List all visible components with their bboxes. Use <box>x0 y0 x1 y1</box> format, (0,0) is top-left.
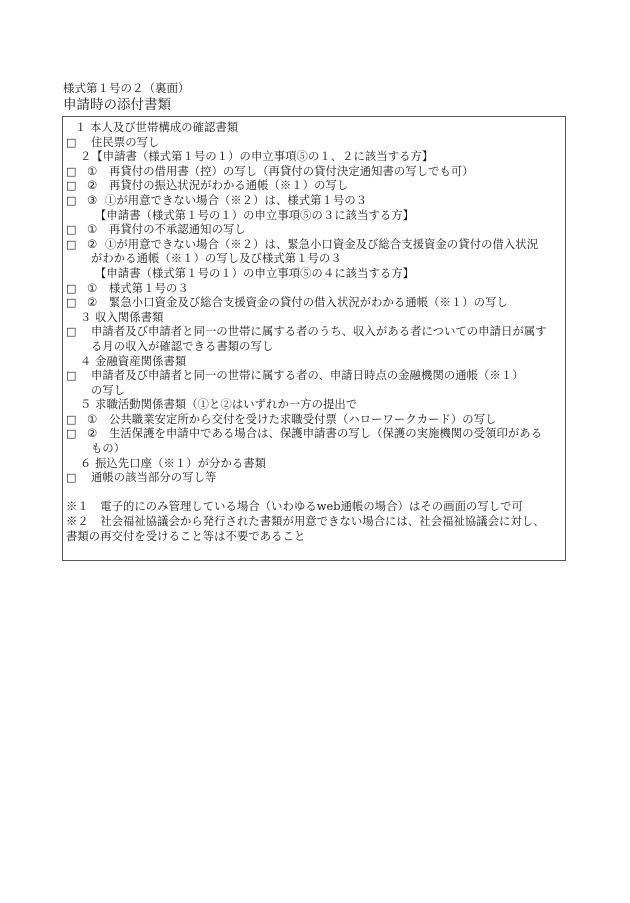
checklist-item: □①再貸付の不承認通知の写し <box>63 223 565 238</box>
checkbox-icon[interactable]: □ <box>66 165 77 180</box>
checkbox-icon[interactable]: □ <box>66 413 77 428</box>
item-number: ③ <box>87 194 97 209</box>
line-text: の写し <box>91 384 125 399</box>
item-number: ② <box>87 238 97 253</box>
checklist-item: □①再貸付の借用書（控）の写し（再貸付の貸付決定通知書の写しでも可） <box>63 165 565 180</box>
line-text: ４ 金融資産関係書類 <box>80 355 186 370</box>
checklist-item: □③①が用意できない場合（※２）は、様式第１号の３ <box>63 194 565 209</box>
item-number: ① <box>87 413 97 428</box>
checkbox-icon[interactable]: □ <box>66 369 77 384</box>
item-number: ② <box>87 427 97 442</box>
checkbox-icon[interactable]: □ <box>66 223 77 238</box>
line-text: 住民票の写し <box>91 136 159 151</box>
checkbox-icon[interactable]: □ <box>66 179 77 194</box>
checklist-item: □②再貸付の振込状況がわかる通帳（※１）の写し <box>63 179 565 194</box>
line-text: 【申請書（様式第１号の１）の申立事項⑤の３に該当する方】 <box>95 209 414 224</box>
line-text: ３ 収入関係書類 <box>80 311 163 326</box>
section-heading: １ 本人及び世帯構成の確認書類 <box>63 121 565 136</box>
section-heading: 【申請書（様式第１号の１）の申立事項⑤の４に該当する方】 <box>63 267 565 282</box>
line-text: 公共職業安定所から交付を受けた求職受付票（ハローワークカード）の写し <box>109 413 497 428</box>
line-text: 申請者及び申請者と同一の世帯に属する者の、申請日時点の金融機関の通帳（※１） <box>91 369 524 384</box>
document-title: 申請時の添付書類 <box>63 97 171 113</box>
continuation-line: の写し <box>63 384 565 399</box>
checkbox-icon[interactable]: □ <box>66 325 77 340</box>
continuation-line: る月の収入が確認できる書類の写し <box>63 340 565 355</box>
section-heading: ６ 振込先口座（※１）が分かる書類 <box>63 457 565 472</box>
continuation-line: もの） <box>63 442 565 457</box>
checklist-item: □②①が用意できない場合（※２）は、緊急小口資金及び総合支援資金の貸付の借入状況 <box>63 238 565 253</box>
line-text: ※１ 電子的にのみ管理している場合（いわゆるweb通帳の場合）はその画面の写しで… <box>66 500 523 515</box>
footnote: 書類の再交付を受けること等は不要であること <box>63 530 565 545</box>
line-text: 緊急小口資金及び総合支援資金の貸付の借入状況がわかる通帳（※１）の写し <box>109 296 508 311</box>
item-number: ① <box>87 223 97 238</box>
line-text: 様式第１号の３ <box>109 282 189 297</box>
line-text: 生活保護を申請中である場合は、保護申請書の写し（保護の実施機関の受領印がある <box>109 427 542 442</box>
line-text: ６ 振込先口座（※１）が分かる書類 <box>80 457 266 472</box>
checkbox-icon[interactable]: □ <box>66 427 77 442</box>
checklist-item: □①公共職業安定所から交付を受けた求職受付票（ハローワークカード）の写し <box>63 413 565 428</box>
checklist-item: □②生活保護を申請中である場合は、保護申請書の写し（保護の実施機関の受領印がある <box>63 427 565 442</box>
item-number: ① <box>87 165 97 180</box>
line-text: 再貸付の振込状況がわかる通帳（※１）の写し <box>109 179 348 194</box>
line-text: 再貸付の借用書（控）の写し（再貸付の貸付決定通知書の写しでも可） <box>109 165 474 180</box>
line-text: 【申請書（様式第１号の１）の申立事項⑤の４に該当する方】 <box>95 267 414 282</box>
section-heading: ３ 収入関係書類 <box>63 311 565 326</box>
line-text: がわかる通帳（※１）の写し及び様式第１号の３ <box>91 252 342 267</box>
checkbox-icon[interactable]: □ <box>66 136 77 151</box>
line-text: もの） <box>91 442 125 457</box>
spacer <box>63 486 565 501</box>
item-number: ② <box>87 179 97 194</box>
continuation-line: がわかる通帳（※１）の写し及び様式第１号の３ <box>63 252 565 267</box>
checklist-item: □②緊急小口資金及び総合支援資金の貸付の借入状況がわかる通帳（※１）の写し <box>63 296 565 311</box>
item-number: ② <box>87 296 97 311</box>
form-number: 様式第１号の２（裏面） <box>63 81 190 95</box>
checklist-item: □申請者及び申請者と同一の世帯に属する者の、申請日時点の金融機関の通帳（※１） <box>63 369 565 384</box>
section-heading: ４ 金融資産関係書類 <box>63 355 565 370</box>
line-text: ※２ 社会福祉協議会から発行された書類が用意できない場合には、社会福祉協議会に対… <box>66 515 545 530</box>
line-text: 再貸付の不承認通知の写し <box>109 223 246 238</box>
attachment-list-box: １ 本人及び世帯構成の確認書類□住民票の写し２【申請書（様式第１号の１）の申立事… <box>62 116 566 561</box>
checklist-item: □通帳の該当部分の写し等 <box>63 471 565 486</box>
checklist-item: □①様式第１号の３ <box>63 282 565 297</box>
line-text: ①が用意できない場合（※２）は、緊急小口資金及び総合支援資金の貸付の借入状況 <box>105 238 538 253</box>
item-number: ① <box>87 282 97 297</box>
checkbox-icon[interactable]: □ <box>66 282 77 297</box>
footnote: ※２ 社会福祉協議会から発行された書類が用意できない場合には、社会福祉協議会に対… <box>63 515 565 530</box>
checklist-item: □申請者及び申請者と同一の世帯に属する者のうち、収入がある者についての申請日が属… <box>63 325 565 340</box>
line-text: ①が用意できない場合（※２）は、様式第１号の３ <box>105 194 367 209</box>
checkbox-icon[interactable]: □ <box>66 471 77 486</box>
section-heading: ５ 求職活動関係書類（①と②はいずれか一方の提出で <box>63 398 565 413</box>
line-text: １ 本人及び世帯構成の確認書類 <box>75 121 238 136</box>
line-text: 申請者及び申請者と同一の世帯に属する者のうち、収入がある者についての申請日が属す <box>91 325 547 340</box>
line-text: る月の収入が確認できる書類の写し <box>91 340 273 355</box>
checkbox-icon[interactable]: □ <box>66 194 77 209</box>
footnote: ※１ 電子的にのみ管理している場合（いわゆるweb通帳の場合）はその画面の写しで… <box>63 500 565 515</box>
checklist-item: □住民票の写し <box>63 136 565 151</box>
checkbox-icon[interactable]: □ <box>66 238 77 253</box>
section-heading: 【申請書（様式第１号の１）の申立事項⑤の３に該当する方】 <box>63 209 565 224</box>
checkbox-icon[interactable]: □ <box>66 296 77 311</box>
line-text: 通帳の該当部分の写し等 <box>91 471 216 486</box>
line-text: ２【申請書（様式第１号の１）の申立事項⑤の１、２に該当する方】 <box>80 150 433 165</box>
line-text: 書類の再交付を受けること等は不要であること <box>66 530 305 545</box>
section-heading: ２【申請書（様式第１号の１）の申立事項⑤の１、２に該当する方】 <box>63 150 565 165</box>
line-text: ５ 求職活動関係書類（①と②はいずれか一方の提出で <box>80 398 357 413</box>
